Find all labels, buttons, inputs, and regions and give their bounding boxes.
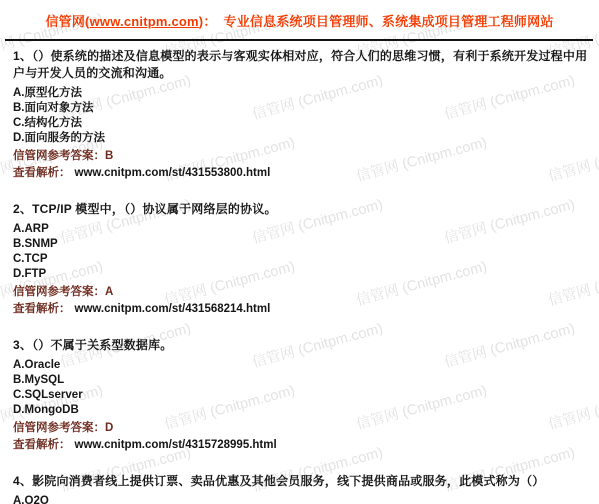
question-block-3: 3、（）不属于关系型数据库。 A.Oracle B.MySQL C.SQLser… <box>13 337 591 453</box>
option-d: D.面向服务的方法 <box>13 131 591 146</box>
answer-label: 信管网参考答案： <box>13 422 105 434</box>
option-c: C.TCP <box>13 252 591 267</box>
option-b: B.SNMP <box>13 237 591 252</box>
option-a: A.O2O <box>13 494 591 504</box>
option-a: A.Oracle <box>13 358 591 373</box>
analysis-url: www.cnitpm.com/st/431568214.html <box>75 303 271 315</box>
analysis-label: 查看解析： <box>13 439 71 451</box>
option-c: C.结构化方法 <box>13 116 591 131</box>
site-url-link[interactable]: www.cnitpm.com <box>90 14 199 29</box>
question-block-4: 4、影院向消费者线上提供订票、卖品优惠及其他会员服务，线下提供商品或服务，此模式… <box>13 473 591 504</box>
answer-line: 信管网参考答案：B <box>13 149 591 164</box>
analysis-line: 查看解析：www.cnitpm.com/st/4315728995.html <box>13 438 591 453</box>
analysis-url: www.cnitpm.com/st/431553800.html <box>75 167 271 179</box>
answer-value: B <box>105 150 113 162</box>
question-block-2: 2、TCP/IP 模型中，（）协议属于网络层的协议。 A.ARP B.SNMP … <box>13 201 591 317</box>
answer-line: 信管网参考答案：A <box>13 285 591 300</box>
option-b: B.MySQL <box>13 373 591 388</box>
analysis-url: www.cnitpm.com/st/4315728995.html <box>75 439 277 451</box>
analysis-line: 查看解析：www.cnitpm.com/st/431568214.html <box>13 302 591 317</box>
answer-value: D <box>105 422 113 434</box>
answer-line: 信管网参考答案：D <box>13 421 591 436</box>
option-a: A.原型化方法 <box>13 86 591 101</box>
answer-value: A <box>105 286 113 298</box>
document-header: 信管网(www.cnitpm.com)：专业信息系统项目管理师、系统集成项目管理… <box>0 0 599 30</box>
site-suffix: )： <box>199 14 217 29</box>
analysis-line: 查看解析：www.cnitpm.com/st/431553800.html <box>13 166 591 181</box>
option-c: C.SQLserver <box>13 388 591 403</box>
site-name: 信管网( <box>45 14 89 29</box>
option-d: D.FTP <box>13 267 591 282</box>
questions-content: 1、（）使系统的描述及信息模型的表示与客观实体相对应，符合人们的思维习惯，有利于… <box>0 41 599 504</box>
analysis-label: 查看解析： <box>13 167 71 179</box>
question-block-1: 1、（）使系统的描述及信息模型的表示与客观实体相对应，符合人们的思维习惯，有利于… <box>13 48 591 181</box>
question-text: 1、（）使系统的描述及信息模型的表示与客观实体相对应，符合人们的思维习惯，有利于… <box>13 48 591 82</box>
document-page: 信管网(www.cnitpm.com)：专业信息系统项目管理师、系统集成项目管理… <box>0 0 599 504</box>
answer-label: 信管网参考答案： <box>13 286 105 298</box>
option-d: D.MongoDB <box>13 403 591 418</box>
question-text: 2、TCP/IP 模型中，（）协议属于网络层的协议。 <box>13 201 591 218</box>
question-text: 4、影院向消费者线上提供订票、卖品优惠及其他会员服务，线下提供商品或服务，此模式… <box>13 473 591 490</box>
question-text: 3、（）不属于关系型数据库。 <box>13 337 591 354</box>
option-a: A.ARP <box>13 222 591 237</box>
header-tagline: 专业信息系统项目管理师、系统集成项目管理工程师网站 <box>224 14 554 29</box>
analysis-label: 查看解析： <box>13 303 71 315</box>
answer-label: 信管网参考答案： <box>13 150 105 162</box>
option-b: B.面向对象方法 <box>13 101 591 116</box>
